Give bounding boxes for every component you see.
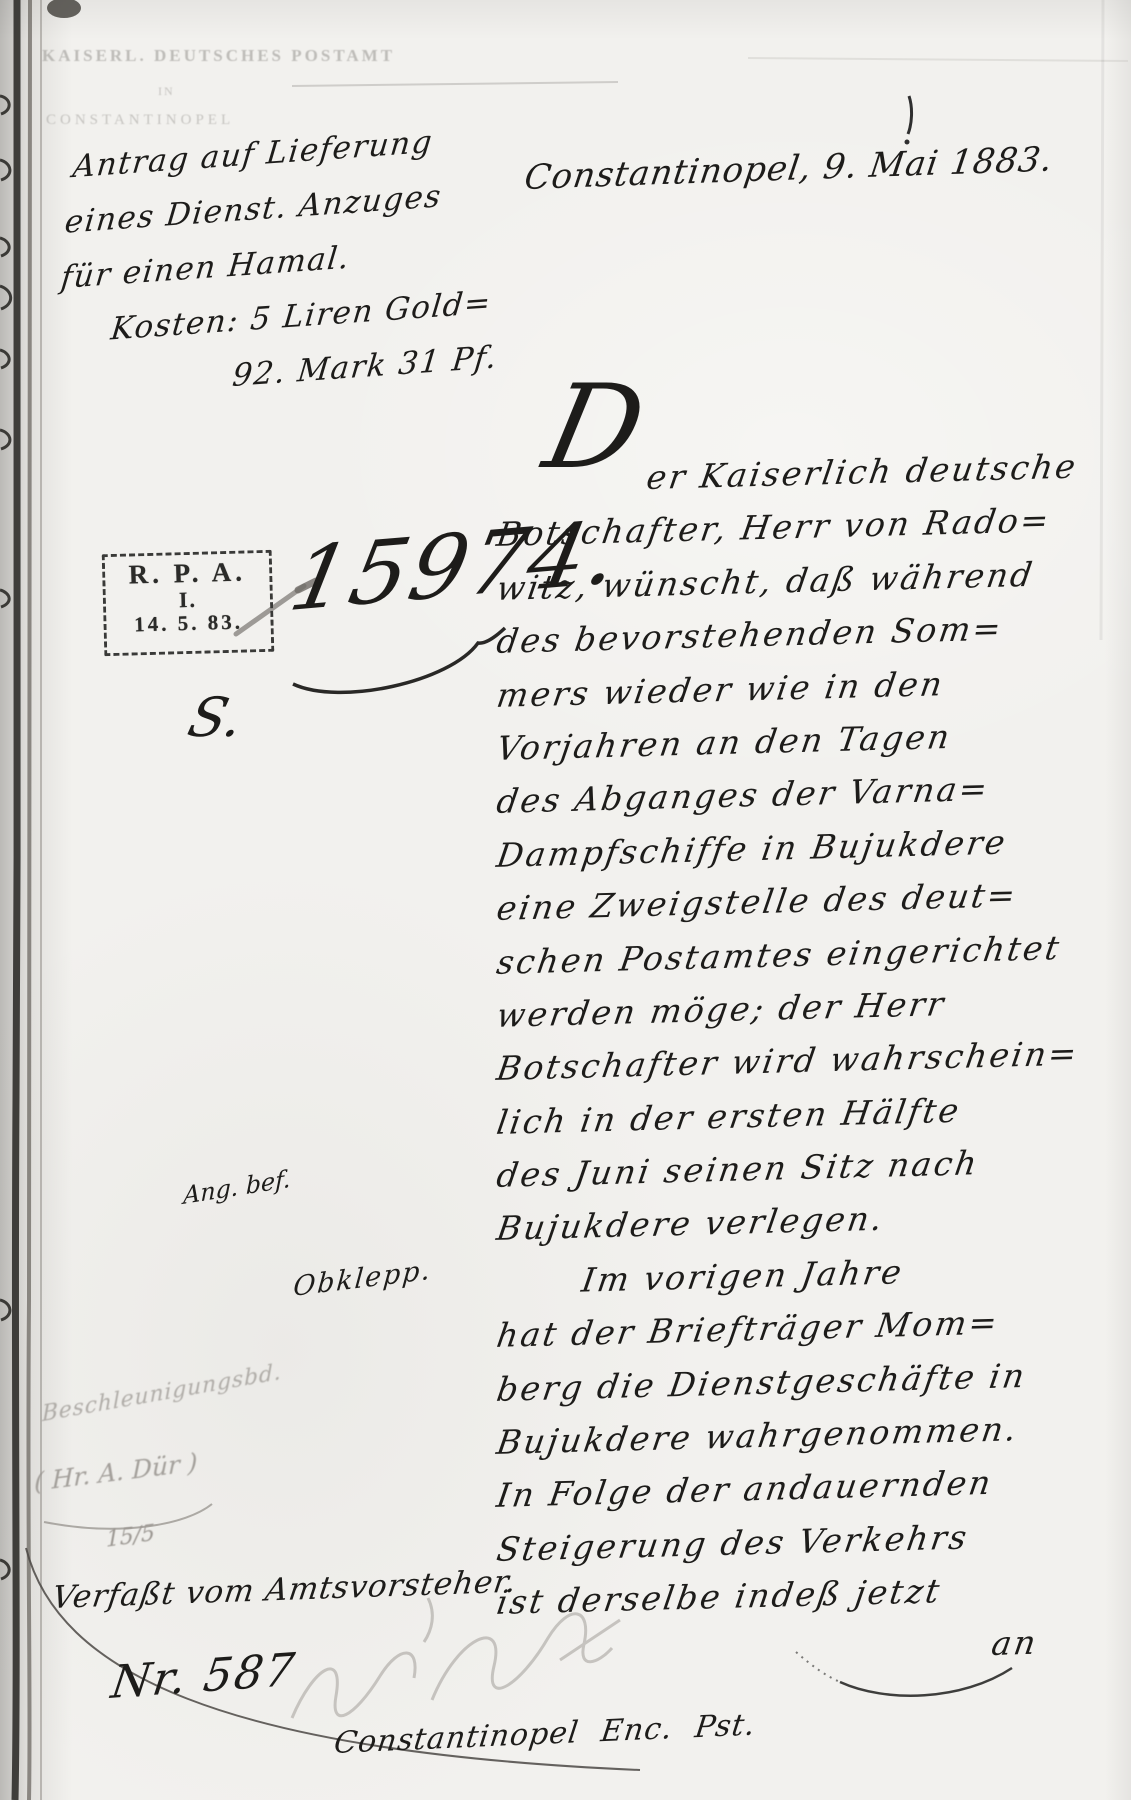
registry-stamp: R. P. A. I. 14. 5. 83.	[102, 550, 275, 656]
scanned-letter-page: KAISERL. DEUTSCHES POSTAMT IN CONSTANTIN…	[0, 0, 1131, 1800]
letterhead-line3: CONSTANTINOPEL	[46, 112, 234, 129]
letterhead-rule	[292, 82, 618, 86]
subject-block: Antrag auf Lieferungeines Dienst. Anzuge…	[60, 150, 498, 425]
ink-remnants	[0, 96, 11, 1579]
stamp-agency: R. P. A.	[105, 557, 270, 591]
stray-mark	[905, 96, 912, 145]
file-number-flourish	[293, 628, 505, 692]
letterhead-line1: KAISERL. DEUTSCHES POSTAMT	[42, 46, 395, 66]
letterhead-rule	[748, 58, 1128, 61]
letterhead-line2: IN	[158, 84, 175, 99]
binding-edge-line	[15, 0, 17, 1800]
letter-body: er Kaiserlich deutscheBotschafter, Herr …	[492, 462, 1116, 1690]
binding-edge-line	[28, 0, 30, 1800]
binding-edge-line	[41, 0, 42, 1800]
stamp-date: 14. 5. 83.	[106, 609, 271, 638]
scan-blotch	[47, 0, 81, 18]
